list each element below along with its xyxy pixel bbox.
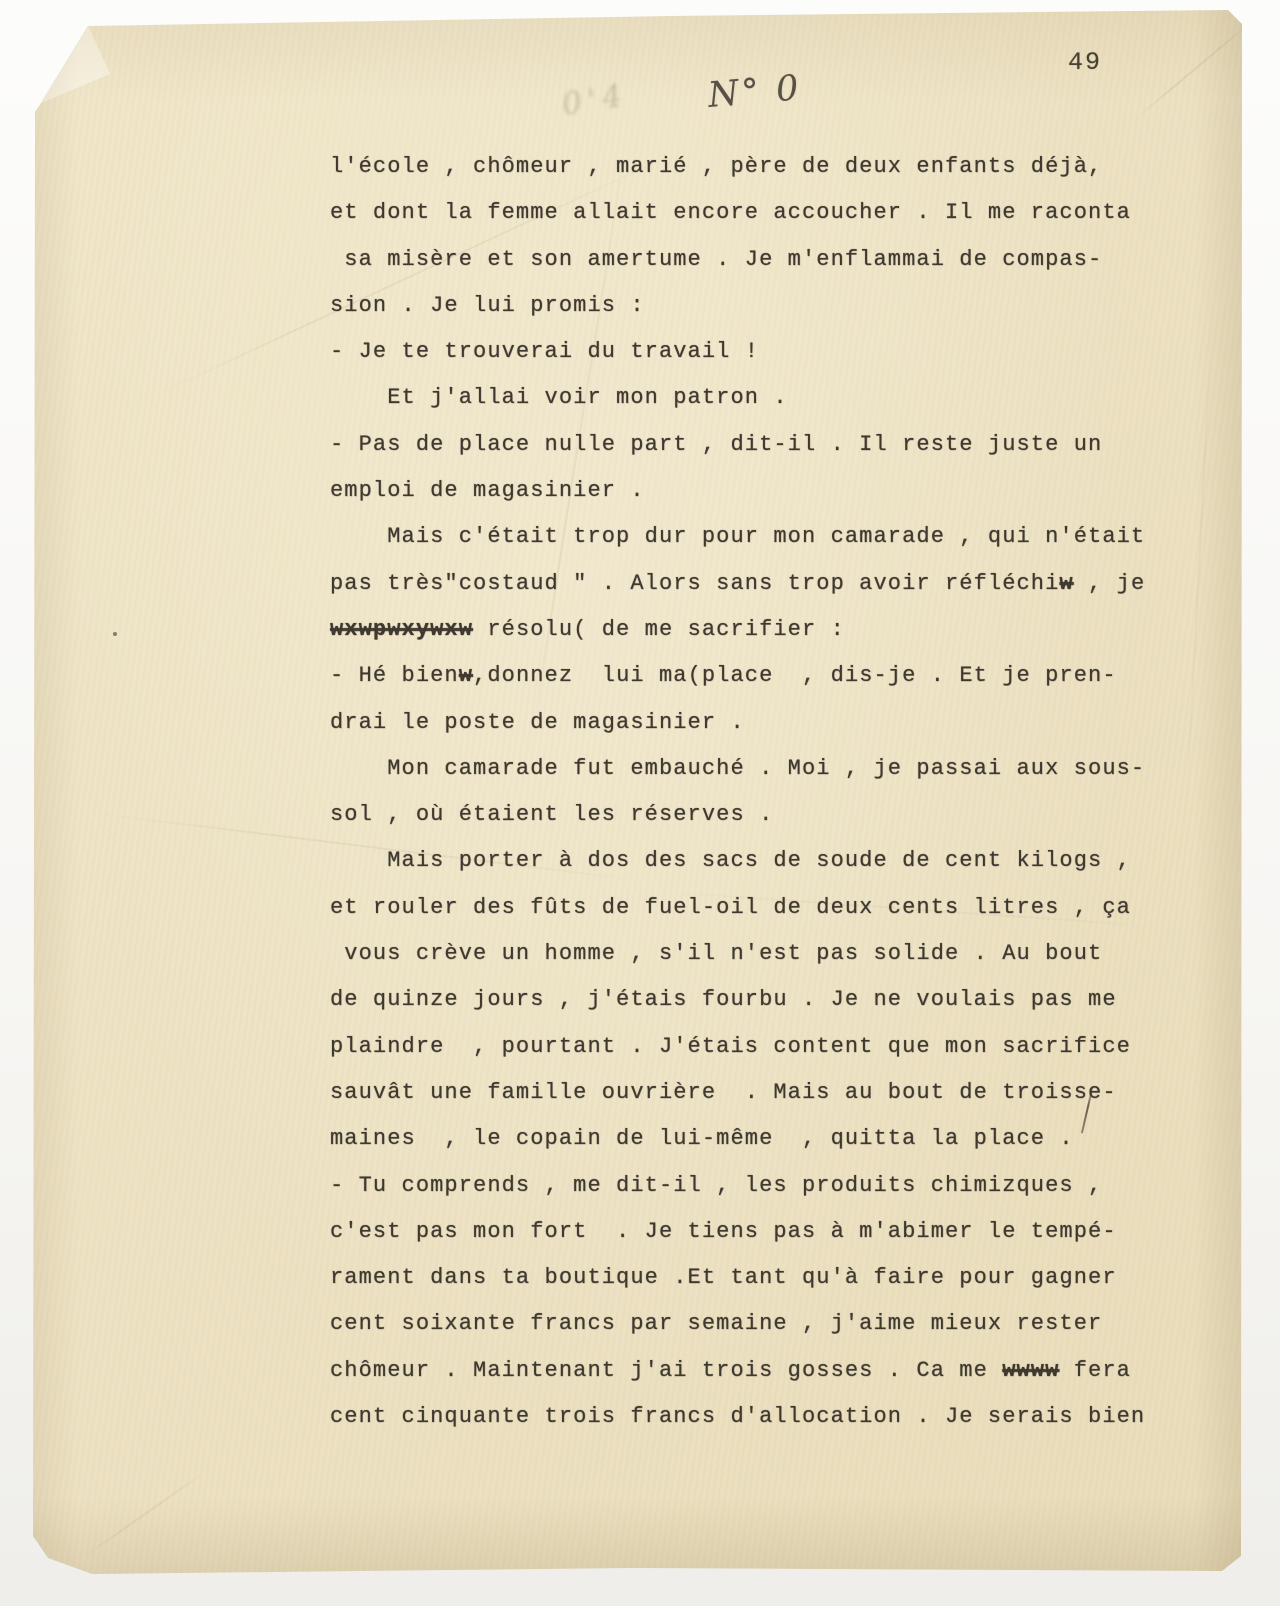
typed-line: Mais c'était trop dur pour mon camarade … [330, 514, 1145, 560]
typed-line: Mon camarade fut embauché . Moi , je pas… [330, 746, 1145, 792]
typed-line: cent cinquante trois francs d'allocation… [330, 1394, 1145, 1440]
paper-crease [79, 1467, 211, 1560]
typed-line: wxwpwxywxw résolu( de me sacrifier : [330, 607, 1145, 653]
pencil-number-annotation: N° 0 [706, 68, 803, 116]
typed-line: sa misère et son amertume . Je m'enflamm… [330, 237, 1145, 283]
typed-line: sion . Je lui promis : [330, 283, 1145, 329]
faint-pencil-mark: 0'4 [560, 77, 631, 123]
typed-line: - Je te trouverai du travail ! [330, 329, 1145, 375]
typed-line: emploi de magasinier . [330, 468, 1145, 514]
document-page: 49 N° 0 0'4 l'école , chômeur , marié , … [30, 8, 1242, 1574]
typed-line: sol , où étaient les réserves . [330, 792, 1145, 838]
typed-line: vous crève un homme , s'il n'est pas sol… [330, 931, 1145, 977]
typed-line: l'école , chômeur , marié , père de deux… [330, 144, 1145, 190]
typed-text: l'école , chômeur , marié , père de deux… [330, 144, 1145, 1440]
typed-line: sauvât une famille ouvrière . Mais au bo… [330, 1070, 1145, 1116]
typed-line: - Tu comprends , me dit-il , les produit… [330, 1163, 1145, 1209]
typed-line: Et j'allai voir mon patron . [330, 375, 1145, 421]
typed-line: Mais porter à dos des sacs de soude de c… [330, 838, 1145, 884]
typed-line: cent soixante francs par semaine , j'aim… [330, 1301, 1145, 1347]
typed-line: maines , le copain de lui-même , quitta … [330, 1116, 1145, 1162]
paper-crease [1184, 308, 1213, 827]
typed-line: - Pas de place nulle part , dit-il . Il … [330, 422, 1145, 468]
typed-line: pas très"costaud " . Alors sans trop avo… [330, 561, 1145, 607]
corner-fold-crease [39, 25, 88, 103]
page-number: 49 [1068, 48, 1102, 77]
typed-line: chômeur . Maintenant j'ai trois gosses .… [330, 1348, 1145, 1394]
paper-crease [1133, 17, 1257, 121]
scan-canvas: 49 N° 0 0'4 l'école , chômeur , marié , … [0, 0, 1280, 1606]
typed-line: c'est pas mon fort . Je tiens pas à m'ab… [330, 1209, 1145, 1255]
typed-line: plaindre , pourtant . J'étais content qu… [330, 1024, 1145, 1070]
typed-line: et dont la femme allait encore accoucher… [330, 190, 1145, 236]
margin-dot [113, 632, 117, 636]
typed-line: drai le poste de magasinier . [330, 700, 1145, 746]
typed-line: et rouler des fûts de fuel-oil de deux c… [330, 885, 1145, 931]
typed-line: rament dans ta boutique .Et tant qu'à fa… [330, 1255, 1145, 1301]
typed-line: de quinze jours , j'étais fourbu . Je ne… [330, 977, 1145, 1023]
typed-line: - Hé bienw,donnez lui ma(place , dis-je … [330, 653, 1145, 699]
